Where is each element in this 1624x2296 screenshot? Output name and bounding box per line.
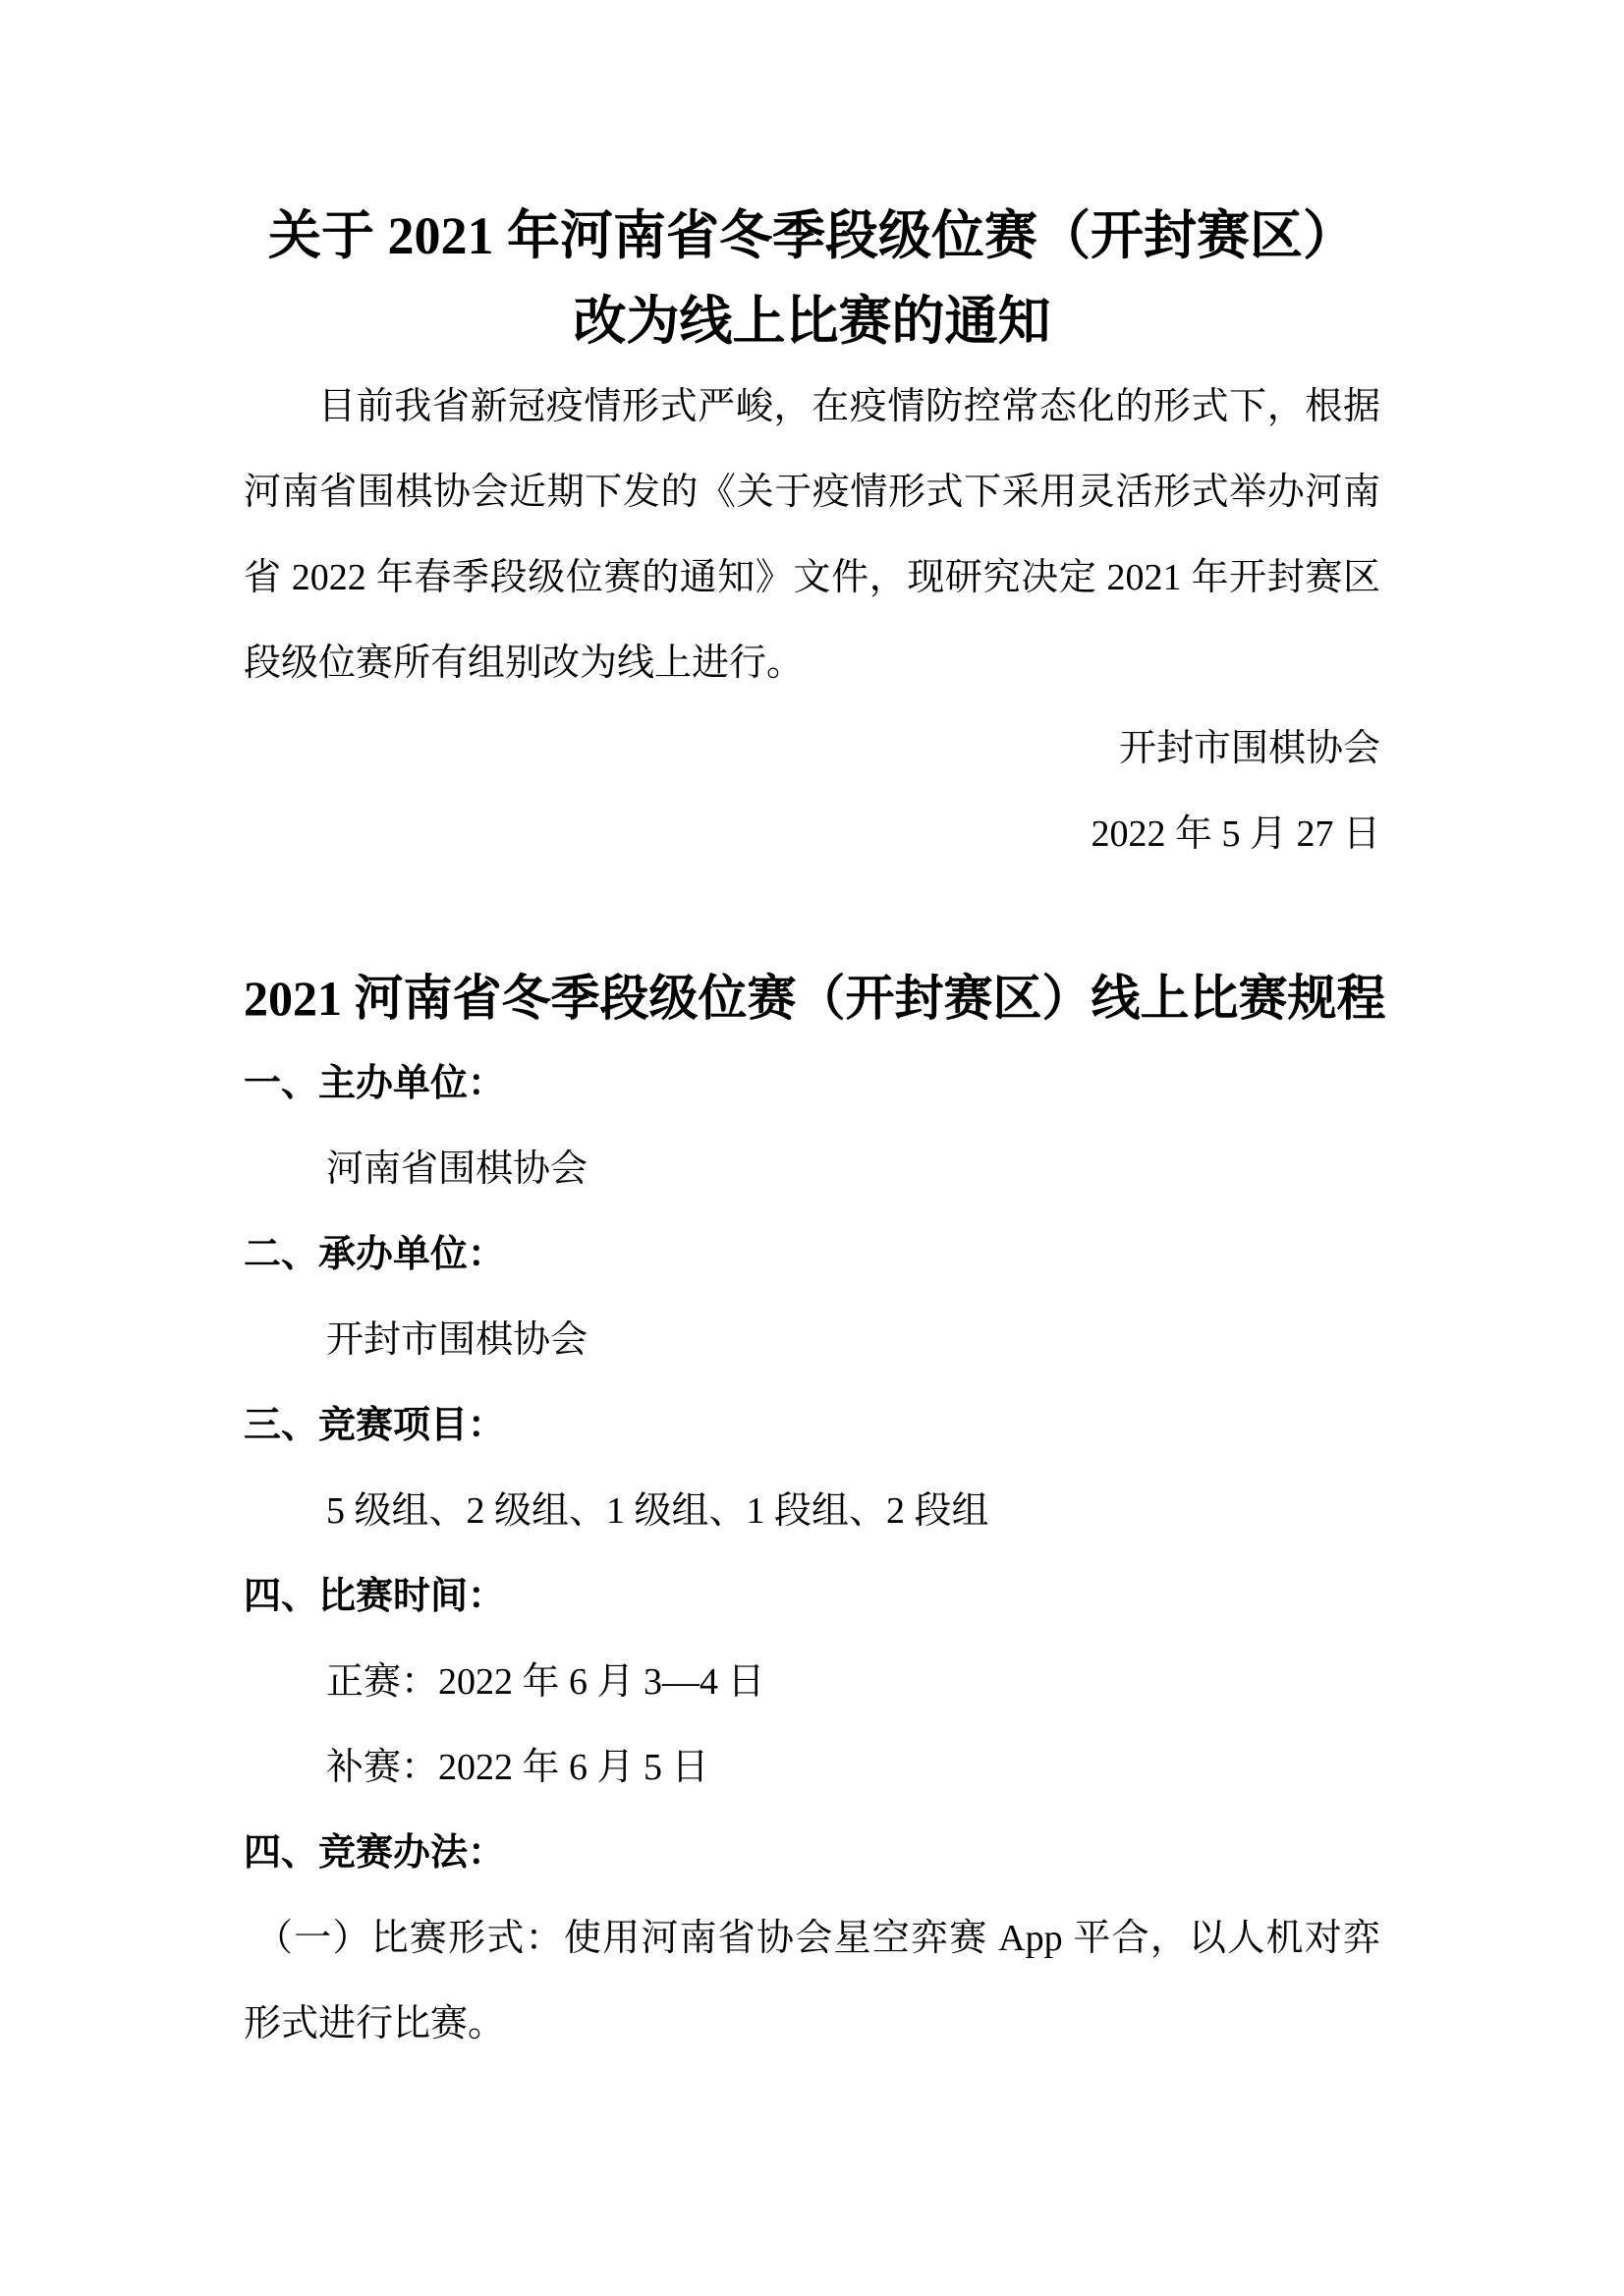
notice-title-line-2: 改为线上比赛的通知 <box>244 279 1380 364</box>
section-5-method-paragraph: （一）比赛形式：使用河南省协会星空弈赛 App 平合，以人机对弈 形式进行比赛。 <box>244 1896 1380 2067</box>
document-page: 关于 2021 年河南省冬季段级位赛（开封赛区） 改为线上比赛的通知 目前我省新… <box>0 0 1624 2296</box>
section-2-host-heading: 二、承办单位： <box>244 1212 1380 1298</box>
regulations-title: 2021 河南省冬季段级位赛（开封赛区）线上比赛规程 <box>244 956 1380 1041</box>
section-3-events-content: 5 级组、2 级组、1 级组、1 段组、2 段组 <box>244 1469 1380 1554</box>
section-1-organizer-heading: 一、主办单位： <box>244 1041 1380 1127</box>
section-4-schedule-heading: 四、比赛时间： <box>244 1554 1380 1640</box>
signature-date: 2022 年 5 月 27 日 <box>244 792 1380 877</box>
section-5-method-heading: 四、竞赛办法： <box>244 1811 1380 1896</box>
section-3-events-heading: 三、竞赛项目： <box>244 1383 1380 1469</box>
notice-body-line-2: 河南省围棋协会近期下发的《关于疫情形式下采用灵活形式举办河南 <box>244 450 1380 535</box>
method-paragraph-line-1: （一）比赛形式：使用河南省协会星空弈赛 App 平合，以人机对弈 <box>244 1896 1380 1982</box>
notice-body-line-1: 目前我省新冠疫情形式严峻，在疫情防控常态化的形式下，根据 <box>244 364 1380 450</box>
notice-body-paragraph: 目前我省新冠疫情形式严峻，在疫情防控常态化的形式下，根据 河南省围棋协会近期下发… <box>244 364 1380 706</box>
notice-body-line-4: 段级位赛所有组别改为线上进行。 <box>244 621 1380 706</box>
section-4-schedule-main-date: 正赛：2022 年 6 月 3—4 日 <box>244 1640 1380 1725</box>
signature-org: 开封市围棋协会 <box>244 706 1380 792</box>
signature-block: 开封市围棋协会 2022 年 5 月 27 日 <box>244 706 1380 877</box>
notice-title: 关于 2021 年河南省冬季段级位赛（开封赛区） 改为线上比赛的通知 <box>244 194 1380 364</box>
notice-title-line-1: 关于 2021 年河南省冬季段级位赛（开封赛区） <box>244 194 1380 279</box>
notice-body-line-3: 省 2022 年春季段级位赛的通知》文件，现研究决定 2021 年开封赛区 <box>244 535 1380 621</box>
method-paragraph-line-2: 形式进行比赛。 <box>244 1982 1380 2067</box>
section-4-schedule-makeup-date: 补赛：2022 年 6 月 5 日 <box>244 1725 1380 1811</box>
section-2-host-content: 开封市围棋协会 <box>244 1298 1380 1383</box>
section-1-organizer-content: 河南省围棋协会 <box>244 1127 1380 1212</box>
